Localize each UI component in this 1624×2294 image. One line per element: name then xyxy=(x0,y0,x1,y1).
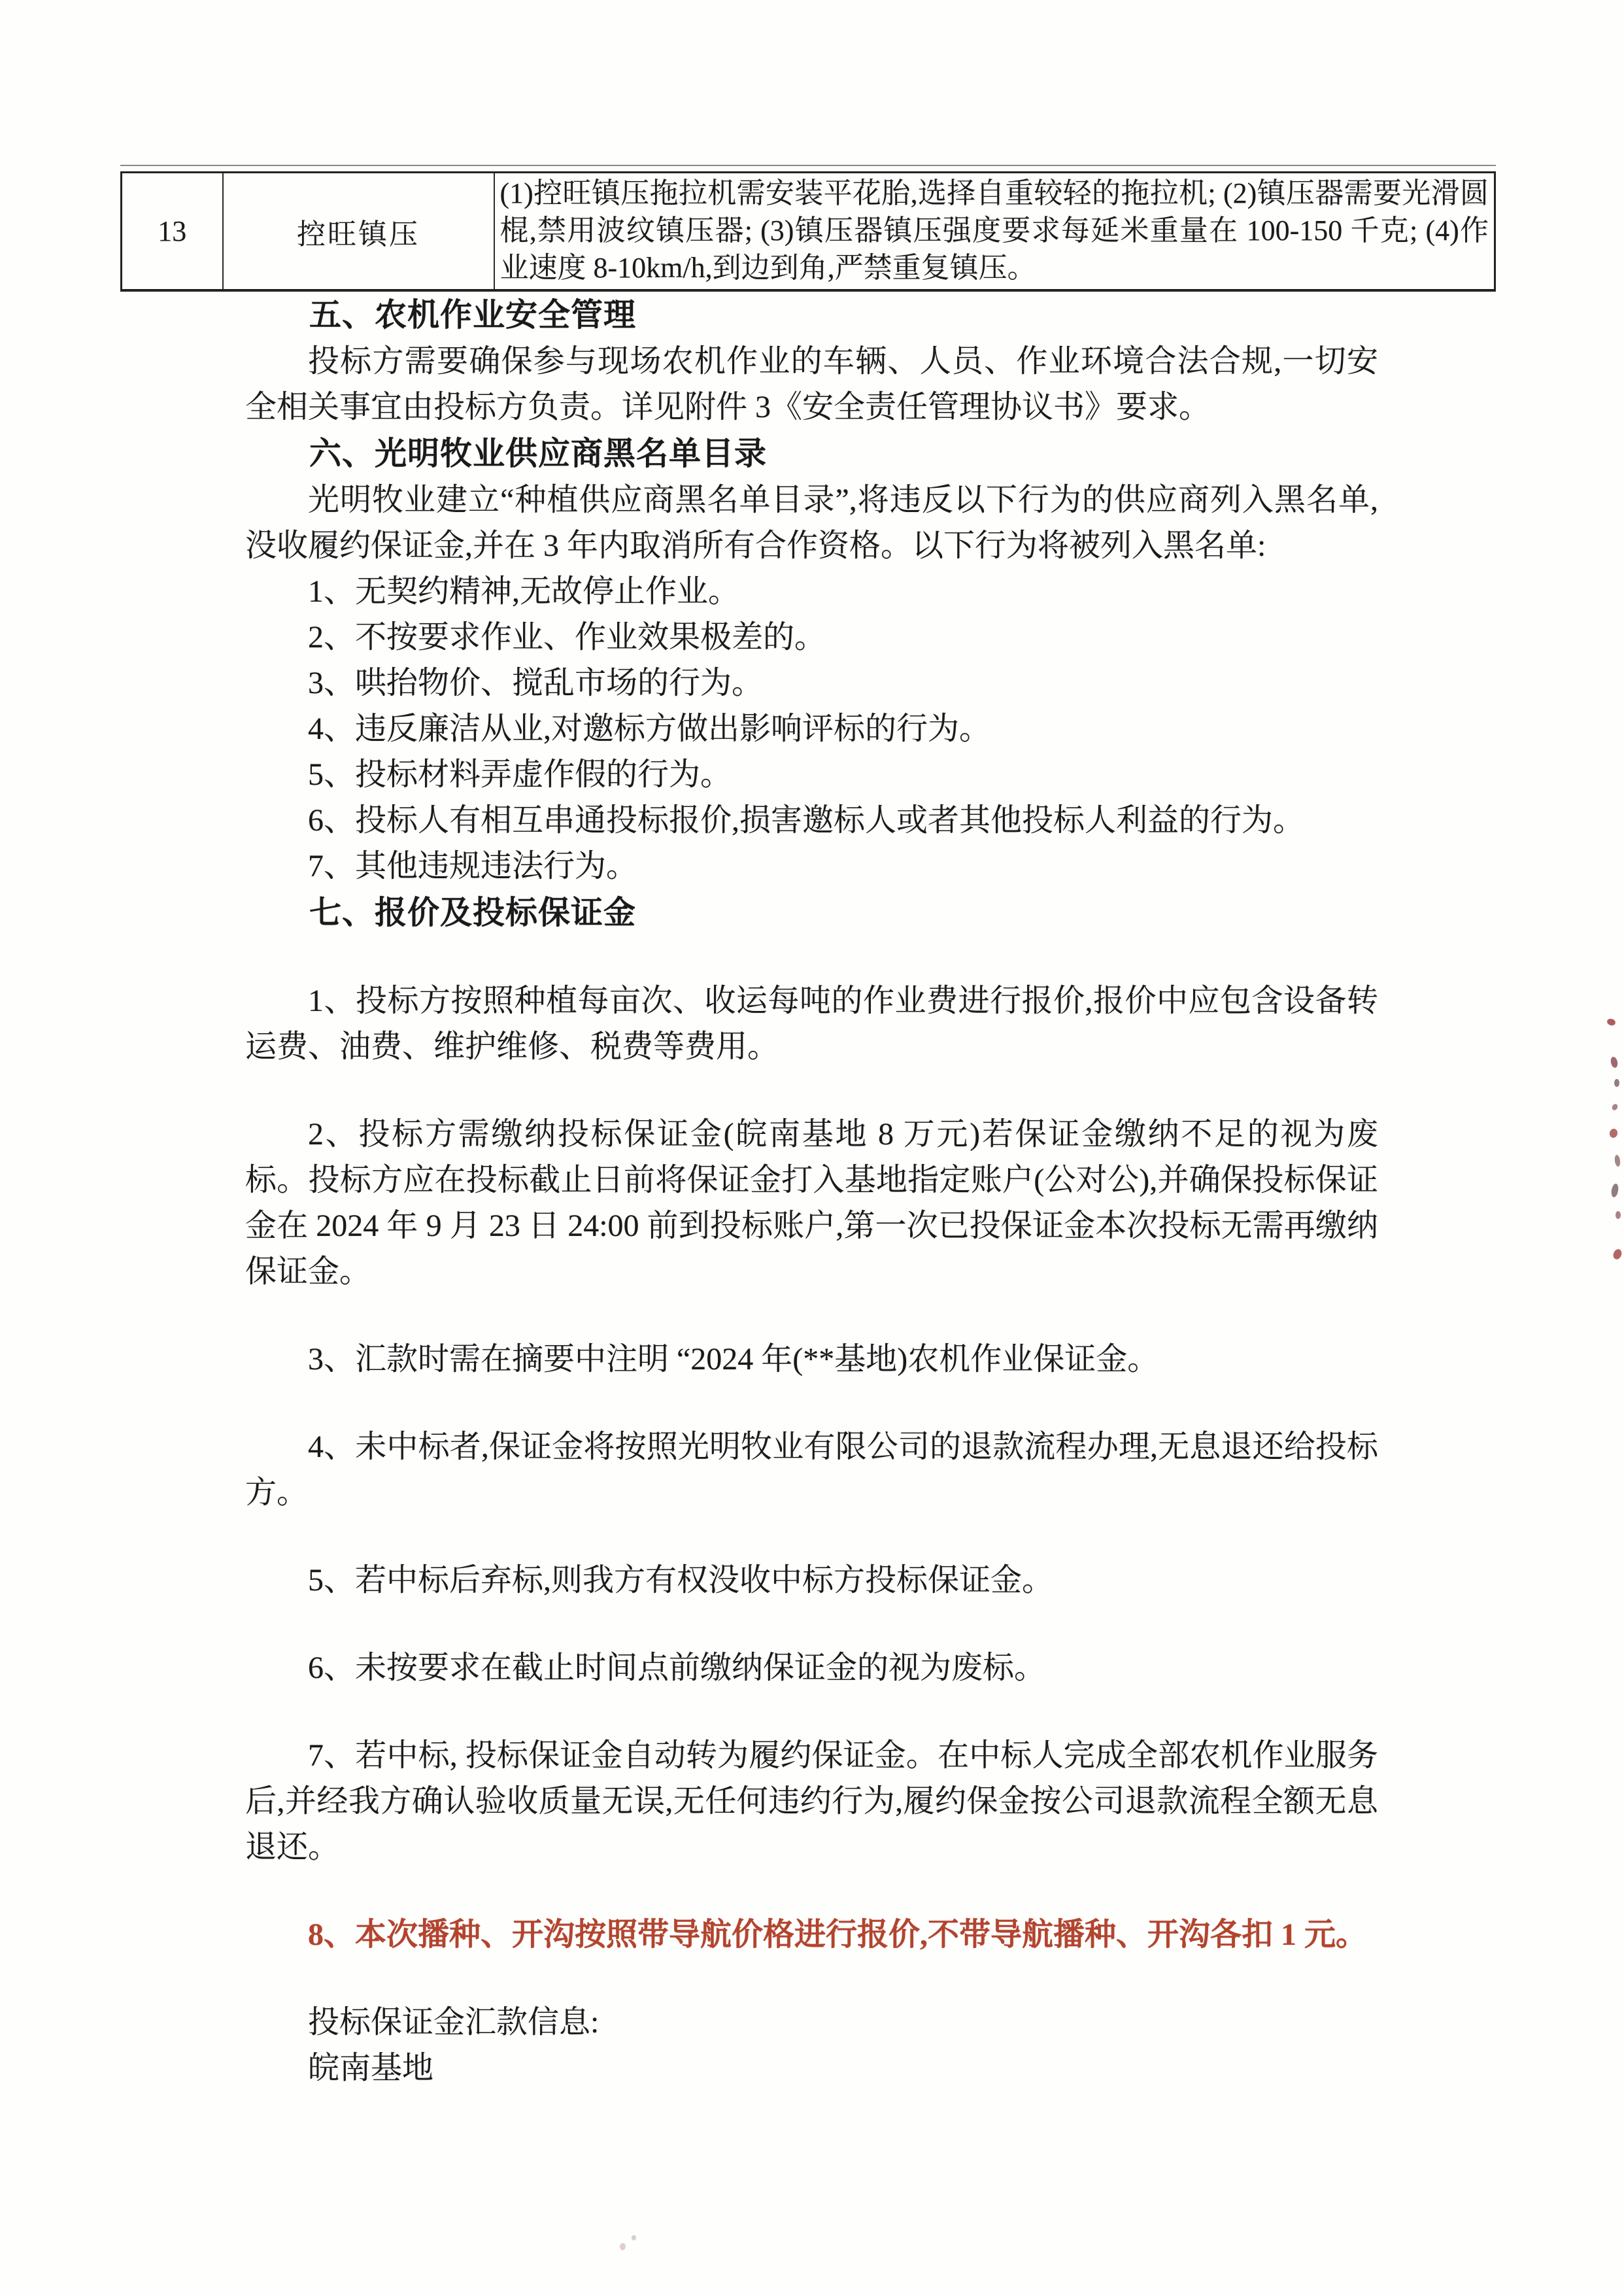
blacklist-item-4: 4、违反廉洁从业,对邀标方做出影响评标的行为。 xyxy=(245,706,1378,752)
deposit-clause-5: 5、若中标后弃标,则我方有权没收中标方投标保证金。 xyxy=(245,1558,1378,1603)
table-row: 13 控旺镇压 (1)控旺镇压拖拉机需安装平花胎,选择自重较轻的拖拉机; (2)… xyxy=(122,173,1495,291)
remittance-info-title: 投标保证金汇款信息: xyxy=(245,2000,1378,2046)
red-ink-mark xyxy=(1612,1248,1623,1260)
deposit-clause-7: 7、若中标, 投标保证金自动转为履约保证金。在中标人完成全部农机作业服务后,并经… xyxy=(245,1733,1378,1870)
blacklist-item-1: 1、无契约精神,无故停止作业。 xyxy=(245,569,1378,615)
red-ink-mark xyxy=(1614,1079,1619,1087)
red-ink-mark xyxy=(1611,1103,1619,1112)
deposit-clause-2: 2、投标方需缴纳投标保证金(皖南基地 8 万元)若保证金缴纳不足的视为废标。投标… xyxy=(245,1112,1378,1295)
blacklist-item-3: 3、哄抬物价、搅乱市场的行为。 xyxy=(245,660,1378,706)
section-6-heading: 六、光明牧业供应商黑名单目录 xyxy=(245,430,1378,477)
remittance-base-name: 皖南基地 xyxy=(245,2046,1378,2091)
red-ink-mark xyxy=(1610,1056,1618,1069)
deposit-clause-6: 6、未按要求在截止时间点前缴纳保证金的视为废标。 xyxy=(245,1645,1378,1691)
red-ink-mark xyxy=(1616,1211,1621,1219)
scan-artifact-line xyxy=(120,165,1496,166)
blacklist-item-6: 6、投标人有相互串通投标报价,损害邀标人或者其他投标人利益的行为。 xyxy=(245,798,1378,844)
red-ink-mark xyxy=(1606,1018,1616,1027)
section-5-paragraph: 投标方需要确保参与现场农机作业的车辆、人员、作业环境合法合规,一切安全相关事宜由… xyxy=(245,339,1378,430)
smudge-mark xyxy=(620,2243,626,2250)
red-ink-mark xyxy=(1608,1128,1618,1138)
deposit-clause-3: 3、汇款时需在摘要中注明 “2024 年(**基地)农机作业保证金。 xyxy=(245,1337,1378,1382)
section-6-paragraph: 光明牧业建立“种植供应商黑名单目录”,将违反以下行为的供应商列入黑名单,没收履约… xyxy=(245,477,1378,569)
blacklist-item-5: 5、投标材料弄虚作假的行为。 xyxy=(245,752,1378,798)
operation-requirements-table: 13 控旺镇压 (1)控旺镇压拖拉机需安装平花胎,选择自重较轻的拖拉机; (2)… xyxy=(120,171,1496,292)
table-cell-index: 13 xyxy=(122,173,223,291)
red-ink-mark xyxy=(1614,1155,1621,1167)
deposit-clause-8-highlighted: 8、本次播种、开沟按照带导航价格进行报价,不带导航播种、开沟各扣 1 元。 xyxy=(245,1912,1378,1958)
red-ink-mark xyxy=(1610,1183,1619,1197)
blacklist-item-7: 7、其他违规违法行为。 xyxy=(245,844,1378,889)
document-page: 13 控旺镇压 (1)控旺镇压拖拉机需安装平花胎,选择自重较轻的拖拉机; (2)… xyxy=(0,0,1624,2294)
blacklist-item-2: 2、不按要求作业、作业效果极差的。 xyxy=(245,615,1378,660)
section-7-heading: 七、报价及投标保证金 xyxy=(245,889,1378,936)
section-5-heading: 五、农机作业安全管理 xyxy=(245,292,1378,339)
table-cell-operation-name: 控旺镇压 xyxy=(223,173,494,291)
deposit-clause-4: 4、未中标者,保证金将按照光明牧业有限公司的退款流程办理,无息退还给投标方。 xyxy=(245,1424,1378,1516)
table-cell-requirements: (1)控旺镇压拖拉机需安装平花胎,选择自重较轻的拖拉机; (2)镇压器需要光滑圆… xyxy=(494,173,1495,291)
smudge-mark xyxy=(632,2235,636,2240)
deposit-clause-1: 1、投标方按照种植每亩次、收运每吨的作业费进行报价,报价中应包含设备转运费、油费… xyxy=(245,978,1378,1070)
page-content: 13 控旺镇压 (1)控旺镇压拖拉机需安装平花胎,选择自重较轻的拖拉机; (2)… xyxy=(245,171,1378,2091)
